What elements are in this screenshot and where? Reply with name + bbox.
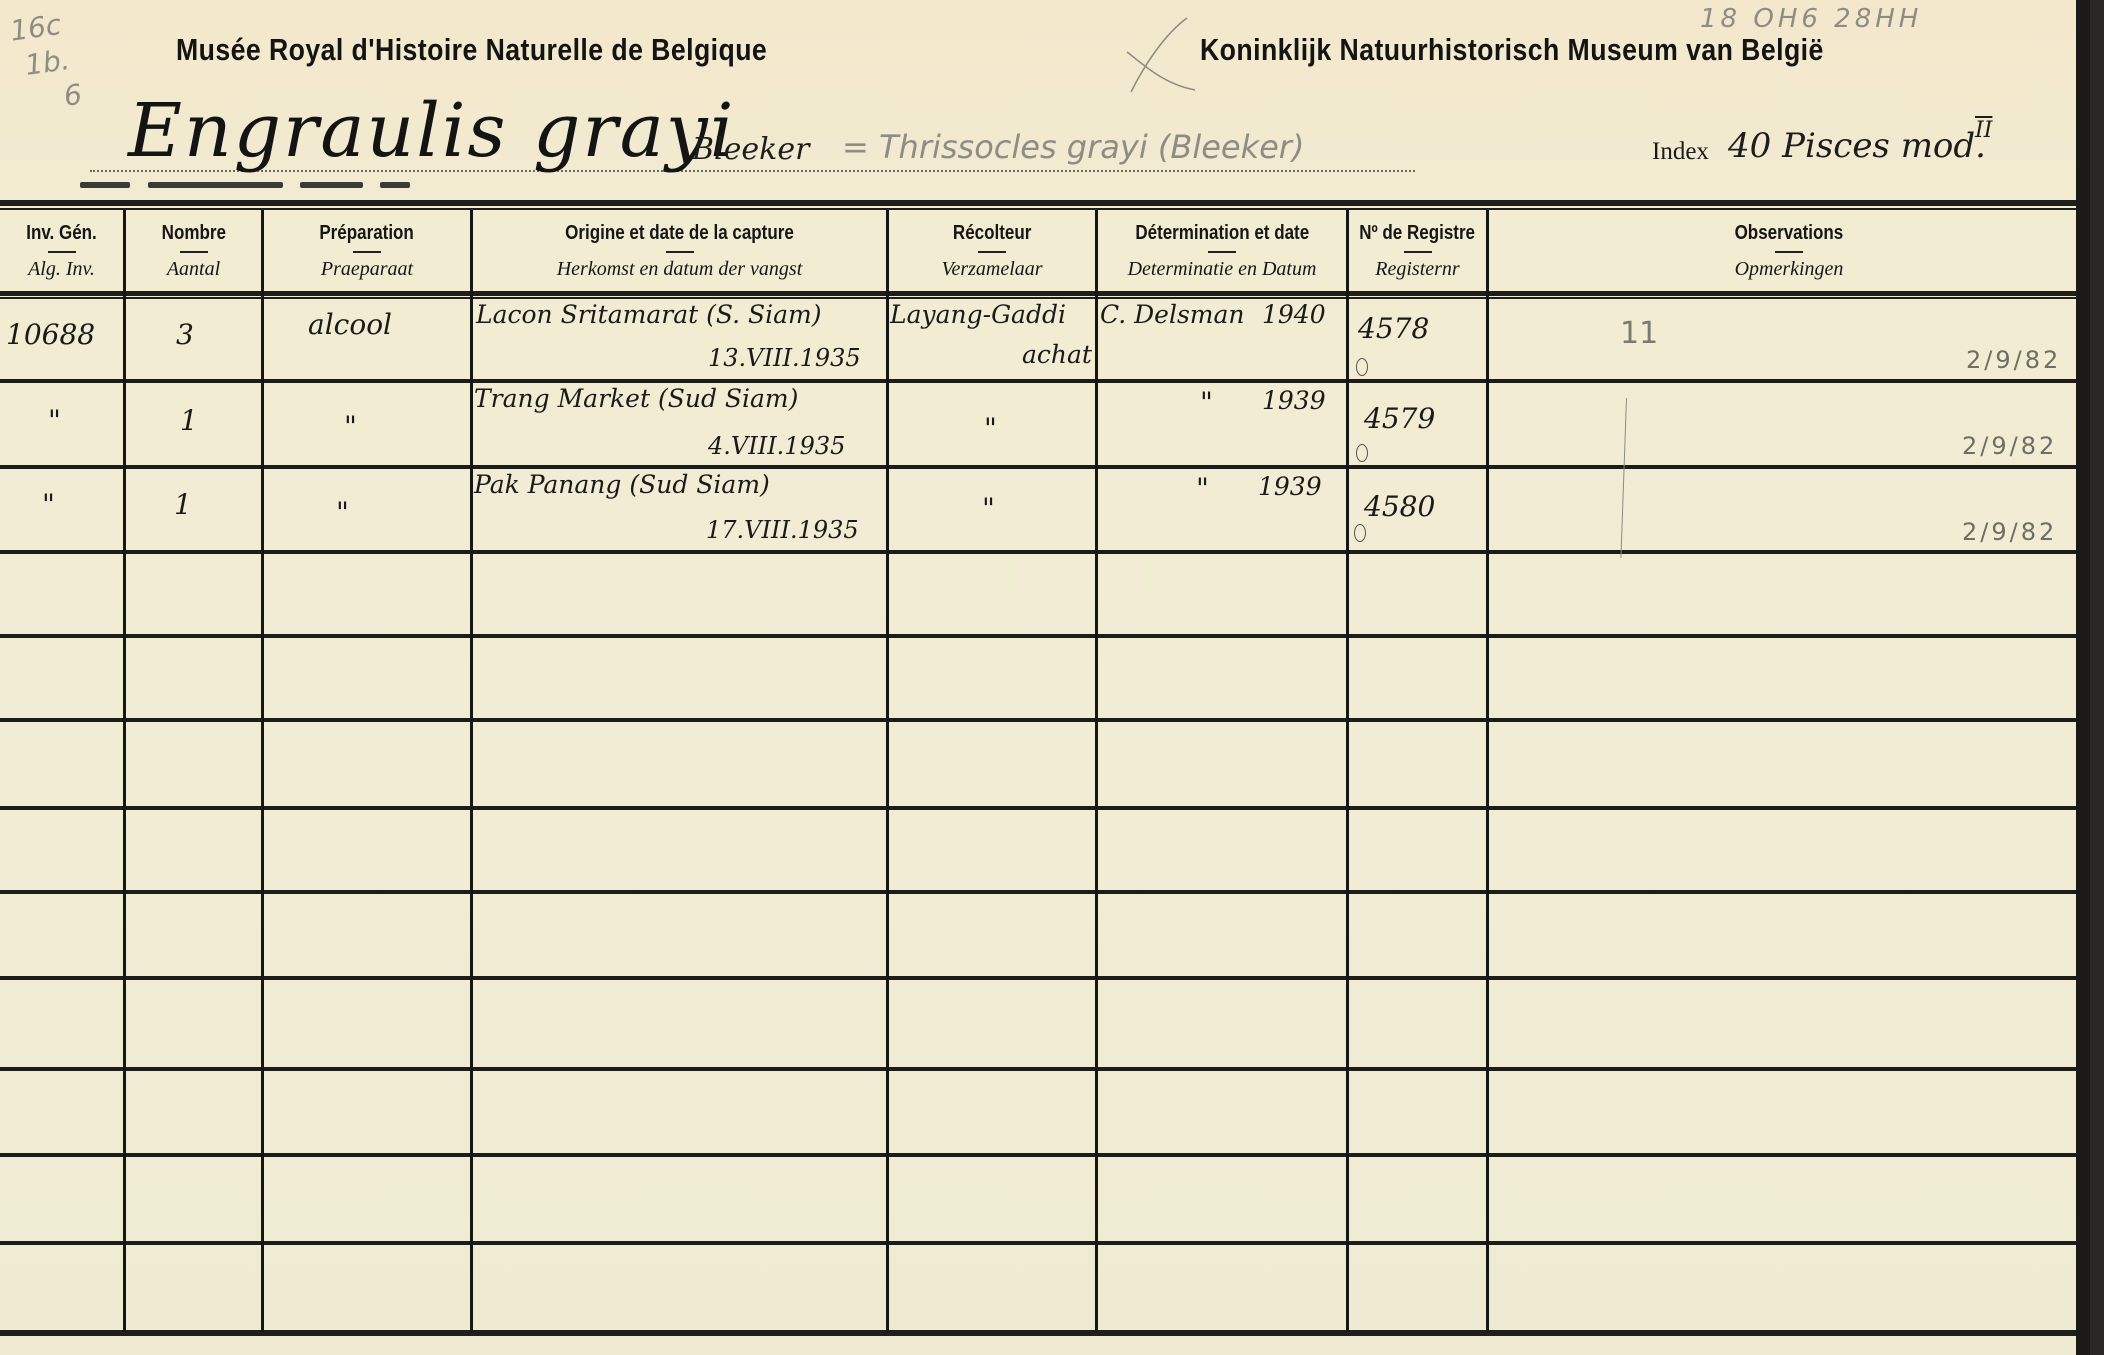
colhead-fr: Nº de Registre (1360, 222, 1476, 245)
accession-stamp: 18 OH6 28HH (1700, 4, 1922, 34)
pencil-stroke (1620, 398, 1627, 558)
column-divider (1346, 210, 1349, 1332)
cell-inv: " (42, 488, 55, 521)
row-rule (0, 1241, 2088, 1245)
cell-inv: 10688 (6, 318, 95, 351)
cell-origin: Lacon Sritamarat (S. Siam) (476, 300, 821, 329)
header-top-rule-thin (0, 208, 2088, 210)
colhead-nl: Verzamelaar (941, 258, 1042, 281)
margin-note-3: 6 (62, 77, 85, 115)
index-superscript: II (1975, 118, 1992, 143)
colhead-nl: Opmerkingen (1735, 258, 1844, 281)
colhead-dash (353, 251, 381, 253)
row-rule (0, 550, 2088, 554)
species-underline (300, 182, 363, 188)
colhead-nl: Herkomst en datum der vangst (557, 258, 803, 281)
colhead-origin: Origine et date de la capture Herkomst e… (473, 212, 886, 290)
row-rule (0, 634, 2088, 638)
colhead-dash (666, 251, 694, 253)
colhead-fr: Préparation (320, 222, 414, 245)
header-bottom-rule-thin (0, 297, 2088, 299)
cell-determination: " (1200, 386, 1213, 419)
cell-origin: Pak Panang (Sud Siam) (474, 470, 770, 499)
museum-title-nl: Koninklijk Natuurhistorisch Museum van B… (1200, 32, 1824, 68)
row-rule (0, 718, 2088, 722)
row-rule (0, 1067, 2088, 1071)
cell-observation: 2/9/82 (1962, 432, 2057, 460)
cell-determination: C. Delsman (1100, 300, 1245, 329)
species-underline (148, 182, 283, 188)
colhead-observations: Observations Opmerkingen (1489, 212, 2089, 290)
column-divider (470, 210, 473, 1332)
colhead-dash (180, 251, 208, 253)
colhead-preparation: Préparation Praeparaat (264, 212, 470, 290)
table-bottom-rule (0, 1330, 2088, 1336)
circle-mark-icon (1354, 524, 1366, 542)
colhead-inv: Inv. Gén. Alg. Inv. (0, 212, 123, 290)
margin-notes: 16c 1b. 6 (8, 5, 84, 121)
colhead-nl: Praeparaat (321, 258, 413, 281)
cell-det-year: 1940 (1262, 300, 1326, 329)
colhead-fr: Récolteur (953, 222, 1031, 245)
cell-observation: 2/9/82 (1966, 346, 2061, 374)
colhead-nl: Registernr (1375, 258, 1459, 281)
species-underline (380, 182, 410, 188)
cell-determination: " (1196, 472, 1209, 505)
catalog-card: 16c 1b. 6 Musée Royal d'Histoire Naturel… (0, 0, 2090, 1355)
cell-det-year: 1939 (1262, 386, 1326, 415)
colhead-fr: Détermination et date (1135, 222, 1309, 245)
row-rule (0, 890, 2088, 894)
cell-collector: " (982, 492, 995, 525)
colhead-register: Nº de Registre Registernr (1349, 212, 1486, 290)
colhead-dash (1208, 251, 1236, 253)
column-divider (1486, 210, 1489, 1332)
cross-mark-icon (1125, 14, 1195, 94)
index-value: 40 Pisces mod. (1728, 126, 1986, 166)
colhead-fr: Origine et date de la capture (565, 222, 794, 245)
header-top-rule (0, 200, 2088, 206)
index-label: Index (1652, 138, 1709, 166)
species-name: Engraulis grayi (128, 88, 735, 174)
cell-count: 1 (174, 488, 192, 521)
colhead-dash (1775, 251, 1803, 253)
colhead-nl: Alg. Inv. (28, 258, 95, 281)
cell-count: 3 (176, 318, 194, 351)
cell-capture-date: 17.VIII.1935 (706, 516, 859, 544)
colhead-fr: Observations (1735, 222, 1844, 245)
column-divider (886, 210, 889, 1332)
colhead-collector: Récolteur Verzamelaar (889, 212, 1095, 290)
cell-det-year: 1939 (1258, 472, 1322, 501)
column-divider (1095, 210, 1098, 1332)
cell-capture-date: 4.VIII.1935 (708, 432, 845, 460)
cell-preparation: " (344, 410, 357, 443)
cell-collector-note: achat (1022, 340, 1092, 369)
cell-origin: Trang Market (Sud Siam) (474, 384, 798, 413)
circle-mark-icon (1356, 358, 1368, 376)
observation-mark: 11 (1620, 316, 1658, 351)
row-rule (0, 1153, 2088, 1157)
colhead-dash (978, 251, 1006, 253)
colhead-determination: Détermination et date Determinatie en Da… (1098, 212, 1346, 290)
circle-mark-icon (1356, 444, 1368, 462)
cell-collector: " (984, 412, 997, 445)
header-bottom-rule (0, 291, 2088, 296)
colhead-fr: Inv. Gén. (26, 222, 97, 245)
colhead-dash (48, 251, 76, 253)
cell-preparation: " (336, 496, 349, 529)
cell-capture-date: 13.VIII.1935 (708, 344, 861, 372)
cell-observation: 2/9/82 (1962, 518, 2057, 546)
row-rule (0, 379, 2088, 383)
species-author: Bleeker (692, 132, 809, 167)
colhead-dash (1404, 251, 1432, 253)
colhead-count: Nombre Aantal (126, 212, 261, 290)
row-rule (0, 976, 2088, 980)
species-underline (80, 182, 130, 188)
cell-count: 1 (180, 404, 198, 437)
cell-collector: Layang-Gaddi (890, 300, 1066, 329)
museum-title-fr: Musée Royal d'Histoire Naturelle de Belg… (176, 32, 767, 68)
cell-register: 4578 (1358, 312, 1429, 345)
colhead-nl: Determinatie en Datum (1128, 258, 1317, 281)
species-synonym: = Thrissocles grayi (Bleeker) (842, 128, 1304, 166)
colhead-nl: Aantal (167, 258, 220, 281)
column-divider (261, 210, 264, 1332)
colhead-fr: Nombre (161, 222, 225, 245)
cell-inv: " (48, 404, 61, 437)
cell-register: 4580 (1364, 490, 1435, 523)
column-divider (123, 210, 126, 1332)
row-rule (0, 465, 2088, 469)
cell-preparation: alcool (308, 308, 392, 341)
row-rule (0, 806, 2088, 810)
card-edge (2076, 0, 2090, 1355)
cell-register: 4579 (1364, 402, 1435, 435)
